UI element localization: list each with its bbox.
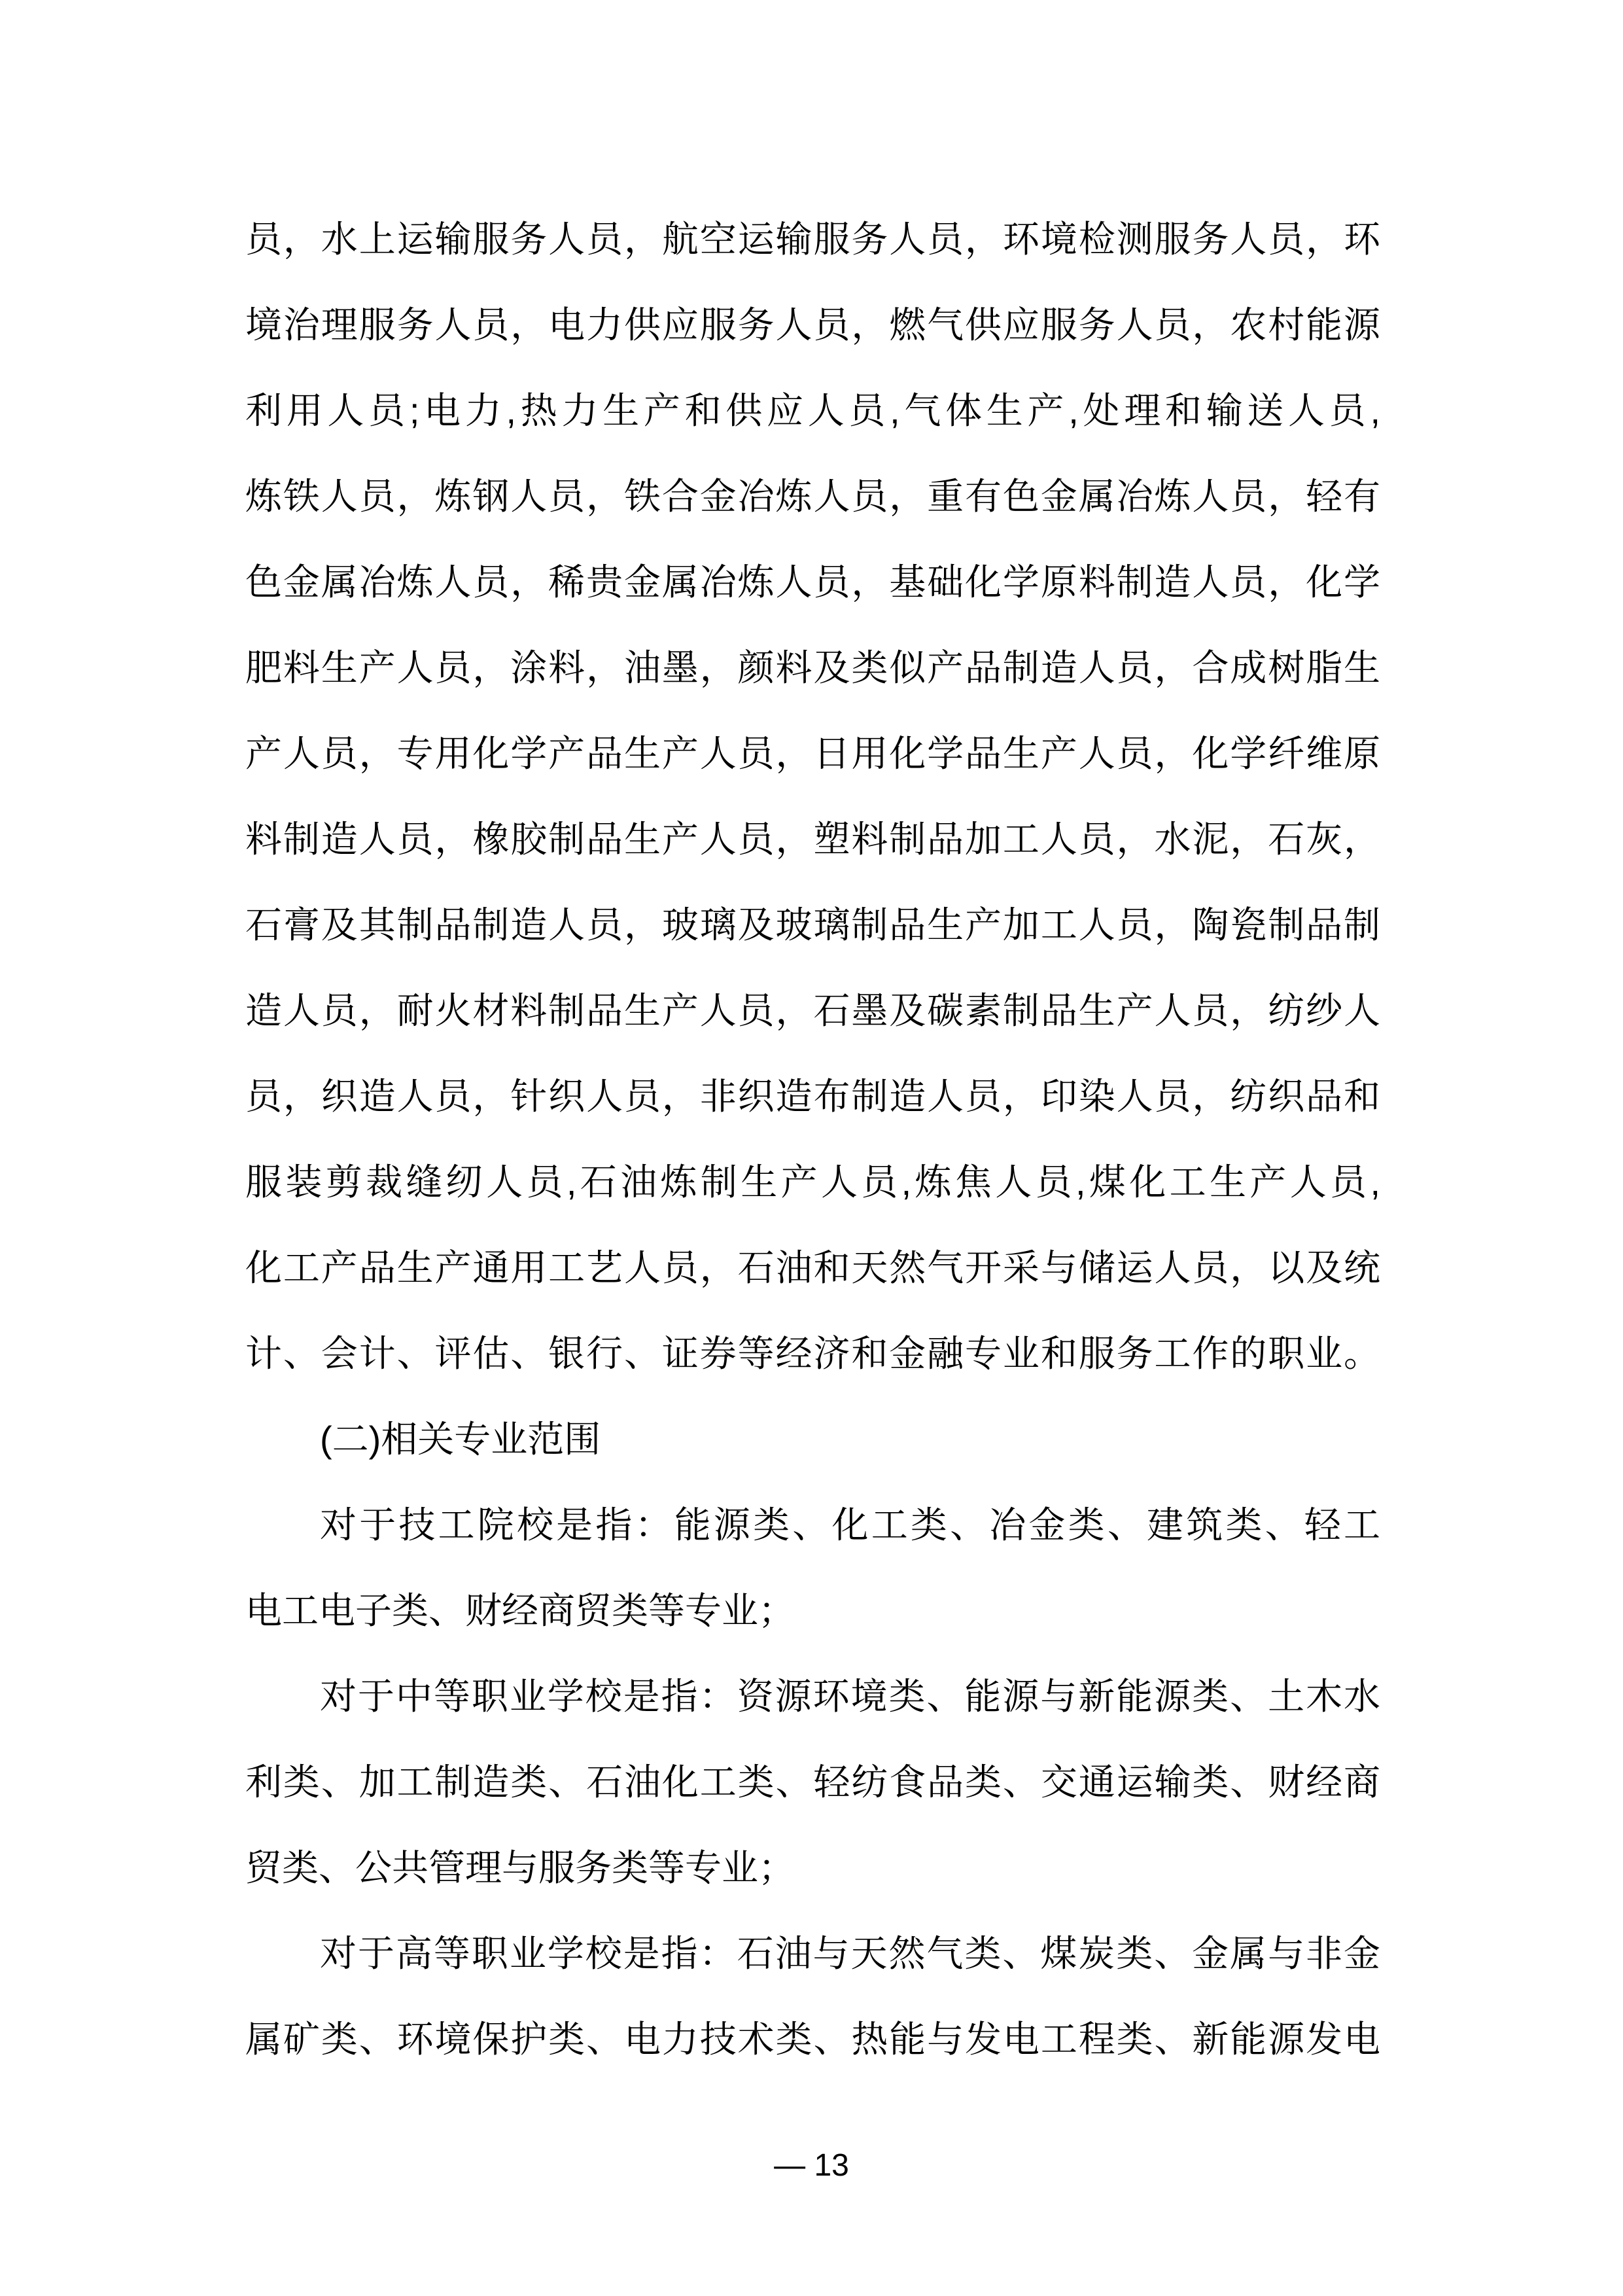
text-line: 对于高等职业学校是指：石油与天然气类、煤炭类、金属与非金 xyxy=(245,1911,1380,1996)
text-line: (二)相关专业范围 xyxy=(245,1396,1380,1482)
text-line: 服装剪裁缝纫人员,石油炼制生产人员,炼焦人员,煤化工生产人员, xyxy=(245,1139,1380,1225)
text-line: 境治理服务人员，电力供应服务人员，燃气供应服务人员，农村能源 xyxy=(245,282,1380,368)
text-line: 属矿类、环境保护类、电力技术类、热能与发电工程类、新能源发电 xyxy=(245,1996,1380,2082)
text-line: 料制造人员，橡胶制品生产人员，塑料制品加工人员，水泥，石灰， xyxy=(245,796,1380,882)
text-line: 产人员，专用化学产品生产人员，日用化学品生产人员，化学纤维原 xyxy=(245,711,1380,796)
text-line: 对于技工院校是指：能源类、化工类、冶金类、建筑类、轻工类、 xyxy=(245,1482,1380,1568)
text-line: 对于中等职业学校是指：资源环境类、能源与新能源类、土木水 xyxy=(245,1653,1380,1739)
text-line: 贸类、公共管理与服务类等专业； xyxy=(245,1825,1380,1911)
text-line: 造人员，耐火材料制品生产人员，石墨及碳素制品生产人员，纺纱人 xyxy=(245,968,1380,1053)
page-number: — 13 xyxy=(0,2123,1623,2208)
text-line: 炼铁人员，炼钢人员，铁合金冶炼人员，重有色金属冶炼人员，轻有 xyxy=(245,453,1380,539)
text-line: 肥料生产人员，涂料，油墨，颜料及类似产品制造人员，合成树脂生 xyxy=(245,625,1380,711)
text-line: 化工产品生产通用工艺人员，石油和天然气开采与储运人员，以及统 xyxy=(245,1225,1380,1311)
text-line: 利用人员;电力,热力生产和供应人员,气体生产,处理和输送人员, xyxy=(245,368,1380,453)
text-line: 色金属冶炼人员，稀贵金属冶炼人员，基础化学原料制造人员，化学 xyxy=(245,539,1380,625)
text-line: 石膏及其制品制造人员，玻璃及玻璃制品生产加工人员，陶瓷制品制 xyxy=(245,882,1380,968)
text-line: 计、会计、评估、银行、证券等经济和金融专业和服务工作的职业。 xyxy=(245,1311,1380,1396)
text-line: 利类、加工制造类、石油化工类、轻纺食品类、交通运输类、财经商 xyxy=(245,1739,1380,1825)
text-line: 员，织造人员，针织人员，非织造布制造人员，印染人员，纺织品和 xyxy=(245,1053,1380,1139)
document-page: 员，水上运输服务人员，航空运输服务人员，环境检测服务人员，环境治理服务人员，电力… xyxy=(0,0,1623,2296)
text-line: 电工电子类、财经商贸类等专业； xyxy=(245,1568,1380,1653)
document-text: 员，水上运输服务人员，航空运输服务人员，环境检测服务人员，环境治理服务人员，电力… xyxy=(245,196,1380,2082)
text-line: 员，水上运输服务人员，航空运输服务人员，环境检测服务人员，环 xyxy=(245,196,1380,282)
